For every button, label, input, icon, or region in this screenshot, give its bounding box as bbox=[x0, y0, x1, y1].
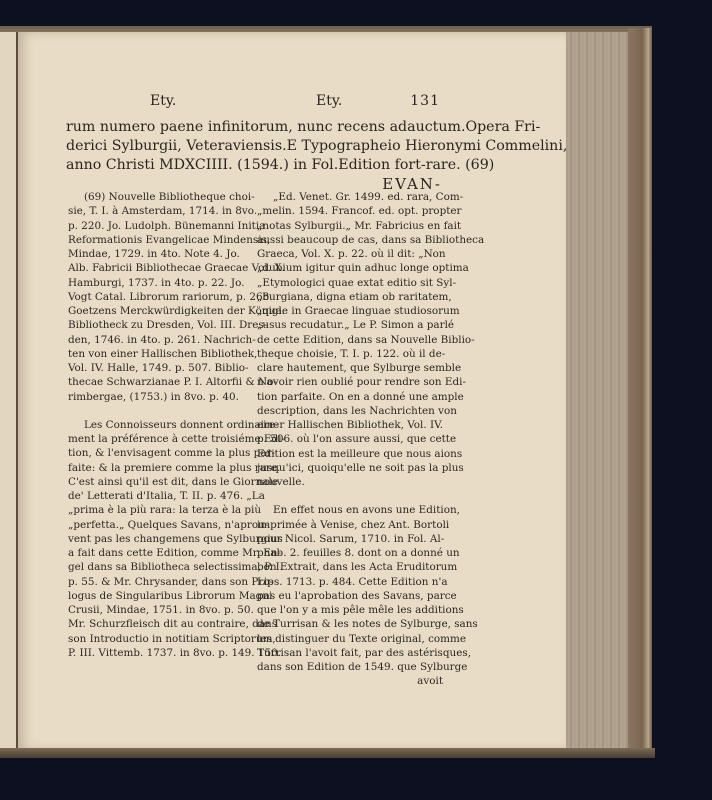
text-line: aussi beaucoup de cas, dans sa Bibliothe… bbox=[257, 233, 443, 247]
text-line: bon Extrait, dans les Acta Eruditorum bbox=[257, 560, 443, 574]
text-line: „dubium igitur quin adhuc longe optima bbox=[257, 261, 443, 275]
text-line: de' Letterati d'Italia, T. II. p. 476. „… bbox=[68, 489, 252, 503]
text-line: „Etymologici quae extat editio sit Syl- bbox=[257, 276, 443, 290]
text-line: Vol. IV. Halle, 1749. p. 507. Biblio- bbox=[68, 361, 252, 375]
text-line: Vogt Catal. Librorum rariorum, p. 268. bbox=[68, 290, 252, 304]
text-line: nouvelle. bbox=[257, 475, 443, 489]
text-line: tion parfaite. On en a donné une ample bbox=[257, 390, 443, 404]
text-line: Alb. Fabricii Bibliothecae Graecae Vol. … bbox=[68, 261, 252, 275]
text-line: C'est ainsi qu'il est dit, dans le Giorn… bbox=[68, 475, 252, 489]
page-fore-edge bbox=[566, 32, 628, 750]
text-line: Reformationis Evangelicae Mindensis, bbox=[68, 233, 252, 247]
text-line: p. 220. Jo. Ludolph. Bünemanni Initia bbox=[68, 219, 252, 233]
header-center: Ety. bbox=[316, 93, 342, 109]
intro-line: rum numero paene infinitorum, nunc recen… bbox=[66, 118, 442, 137]
text-line: ment la préférence à cette troisiéme Edi… bbox=[68, 432, 252, 446]
right-column: „Ed. Venet. Gr. 1499. ed. rara, Com-„mel… bbox=[257, 190, 443, 689]
paragraph-gap bbox=[68, 404, 252, 418]
paragraph-gap bbox=[257, 489, 443, 503]
text-line: Goetzens Merckwürdigkeiten der Königl. bbox=[68, 304, 252, 318]
text-line: Hamburgi, 1737. in 4to. p. 22. Jo. bbox=[68, 276, 252, 290]
catchword: avoit bbox=[257, 674, 443, 688]
text-line: Mr. Schurzfleisch dit au contraire, dans bbox=[68, 617, 252, 631]
text-line: tion, & l'envisagent comme la plus par- bbox=[68, 446, 252, 460]
text-line: phab. 2. feuilles 8. dont on a donné un bbox=[257, 546, 443, 560]
intro-line: anno Christi MDXCIIII. (1594.) in Fol. E… bbox=[66, 156, 442, 175]
text-line: (69) Nouvelle Bibliotheque choi- bbox=[68, 190, 252, 204]
text-line: Crusii, Mindae, 1751. in 8vo. p. 50. bbox=[68, 603, 252, 617]
text-line: que l'on y a mis pêle mêle les additions bbox=[257, 603, 443, 617]
text-line: „perfetta.„ Quelques Savans, n'aprou- bbox=[68, 518, 252, 532]
text-line: „burgiana, digna etiam ob raritatem, bbox=[257, 290, 443, 304]
text-line: einer Hallischen Bibliothek, Vol. IV. bbox=[257, 418, 443, 432]
book-cover-edge bbox=[628, 28, 652, 752]
text-line: „Ed. Venet. Gr. 1499. ed. rara, Com- bbox=[257, 190, 443, 204]
text-line: Turrisan l'avoit fait, par des astérisqu… bbox=[257, 646, 443, 660]
text-line: faite: & la premiere comme la plus rare. bbox=[68, 461, 252, 475]
text-line: „prima è la più rara: la terza è la più bbox=[68, 503, 252, 517]
text-line: P. III. Vittemb. 1737. in 8vo. p. 149. 1… bbox=[68, 646, 252, 660]
previous-page-edge bbox=[0, 32, 18, 750]
text-line: logus de Singularibus Librorum Magni bbox=[68, 589, 252, 603]
text-line: jusqu'ici, quoiqu'elle ne soit pas la pl… bbox=[257, 461, 443, 475]
text-line: imprimée à Venise, chez Ant. Bortoli bbox=[257, 518, 443, 532]
text-line: Lips. 1713. p. 484. Cette Edition n'a bbox=[257, 575, 443, 589]
page-number: 131 bbox=[410, 93, 440, 109]
running-header: Ety. Ety. 131 bbox=[150, 93, 440, 115]
text-line: vent pas les changemens que Sylburgius bbox=[68, 532, 252, 546]
text-line: „quae in Graecae linguae studiosorum bbox=[257, 304, 443, 318]
text-line: theque choisie, T. I. p. 122. où il de- bbox=[257, 347, 443, 361]
text-line: ten von einer Hallischen Bibliothek, bbox=[68, 347, 252, 361]
text-line: „notas Sylburgii.„ Mr. Fabricius en fait bbox=[257, 219, 443, 233]
text-line: En effet nous en avons une Edition, bbox=[257, 503, 443, 517]
text-line: pour Nicol. Sarum, 1710. in Fol. Al- bbox=[257, 532, 443, 546]
text-line: den, 1746. in 4to. p. 261. Nachrich- bbox=[68, 333, 252, 347]
text-line: les distinguer du Texte original, comme bbox=[257, 632, 443, 646]
text-line: a fait dans cette Edition, comme Mr. En- bbox=[68, 546, 252, 560]
text-line: rimbergae, (1753.) in 8vo. p. 40. bbox=[68, 390, 252, 404]
text-line: p. 55. & Mr. Chrysander, dans son Pro- bbox=[68, 575, 252, 589]
text-line: Mindae, 1729. in 4to. Note 4. Jo. bbox=[68, 247, 252, 261]
left-column: (69) Nouvelle Bibliotheque choi-sie, T. … bbox=[68, 190, 252, 660]
text-line: Les Connoisseurs donnent ordinaire- bbox=[68, 418, 252, 432]
text-line: gel dans sa Bibliotheca selectissima, P.… bbox=[68, 560, 252, 574]
text-line: Edition est la meilleure que nous aions bbox=[257, 447, 443, 461]
text-line: son Introductio in notitiam Scriptorum, bbox=[68, 632, 252, 646]
text-line: Bibliotheck zu Dresden, Vol. III. Dres- bbox=[68, 318, 252, 332]
text-line: de Turrisan & les notes de Sylburge, san… bbox=[257, 617, 443, 631]
intro-line: derici Sylburgii, Veteraviensis. E Typog… bbox=[66, 137, 442, 156]
text-line: Graeca, Vol. X. p. 22. où il dit: „Non bbox=[257, 247, 443, 261]
header-left: Ety. bbox=[150, 93, 176, 109]
book-bottom-edge bbox=[0, 748, 655, 758]
text-line: n'avoir rien oublié pour rendre son Edi- bbox=[257, 375, 443, 389]
text-line: clare hautement, que Sylburge semble bbox=[257, 361, 443, 375]
text-line: pas eu l'aprobation des Savans, parce bbox=[257, 589, 443, 603]
text-line: sie, T. I. à Amsterdam, 1714. in 8vo. bbox=[68, 204, 252, 218]
intro-text: rum numero paene infinitorum, nunc recen… bbox=[66, 118, 442, 194]
text-line: de cette Edition, dans sa Nouvelle Bibli… bbox=[257, 333, 443, 347]
text-line: „melin. 1594. Francof. ed. opt. propter bbox=[257, 204, 443, 218]
text-line: description, dans les Nachrichten von bbox=[257, 404, 443, 418]
text-line: „usus recudatur.„ Le P. Simon a parlé bbox=[257, 318, 443, 332]
text-line: thecae Schwarzianae P. I. Altorfii & No- bbox=[68, 375, 252, 389]
text-line: dans son Edition de 1549. que Sylburge bbox=[257, 660, 443, 674]
text-line: p. 506. où l'on assure aussi, que cette bbox=[257, 432, 443, 446]
